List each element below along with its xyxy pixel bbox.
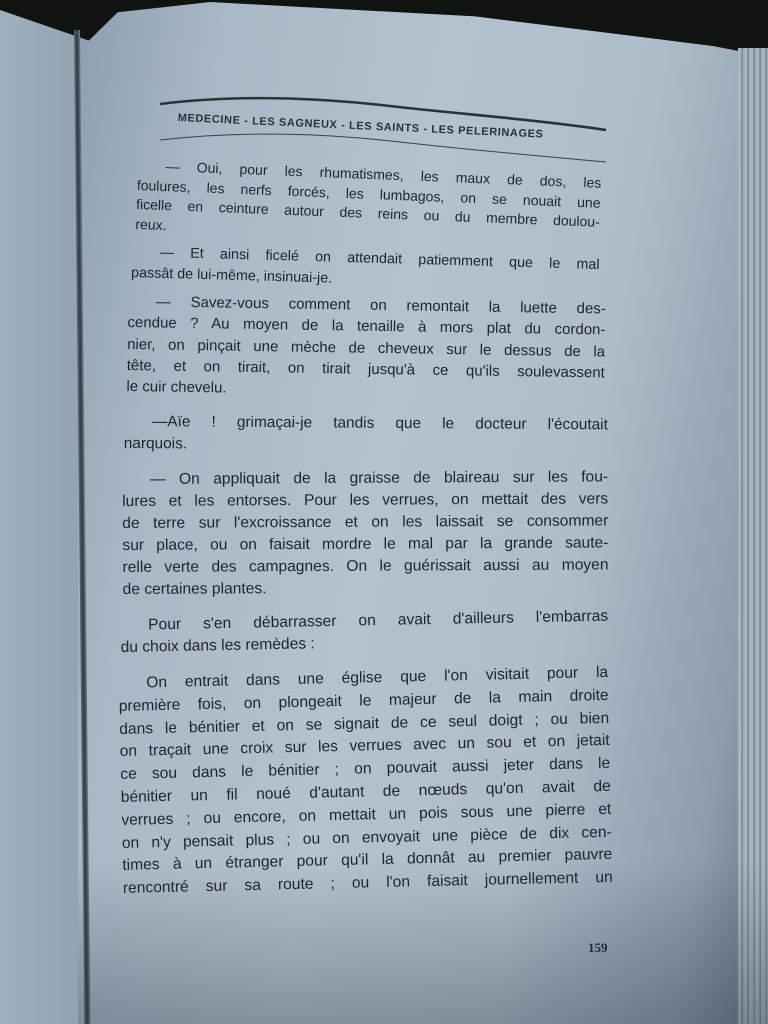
text-line: lures et les entorses. Pour les verrues,… [122,488,608,513]
text-line: —Aïe ! grimaçai-je tandis que le docteur… [124,411,608,436]
paragraph: — On appliquait de la graisse de blairea… [122,466,609,601]
text-line: de terre sur l'excroissance et on les la… [122,510,608,535]
text-line: sur place, ou on faisait mordre le mal p… [122,532,608,557]
page-number: 159 [588,940,608,956]
text-line: relle verte des campagnes. On le guériss… [122,554,608,579]
body-text: — Oui, pour les rhumatismes, les maux de… [122,156,612,901]
paragraph: Pour s'en débarrasser on avait d'ailleur… [120,605,609,659]
text-line: narquois. [124,433,608,458]
page-content: Medecine - Les Sagneux - Les Saints - Le… [0,0,768,1024]
paragraph: — Savez-vous comment on remontait la lue… [126,291,606,405]
paragraph: On entrait dans une église que l'on visi… [118,662,613,901]
text-line: de certaines plantes. [123,576,609,601]
text-line: — On appliquait de la graisse de blairea… [122,466,608,491]
paragraph: —Aïe ! grimaçai-je tandis que le docteur… [124,411,608,458]
